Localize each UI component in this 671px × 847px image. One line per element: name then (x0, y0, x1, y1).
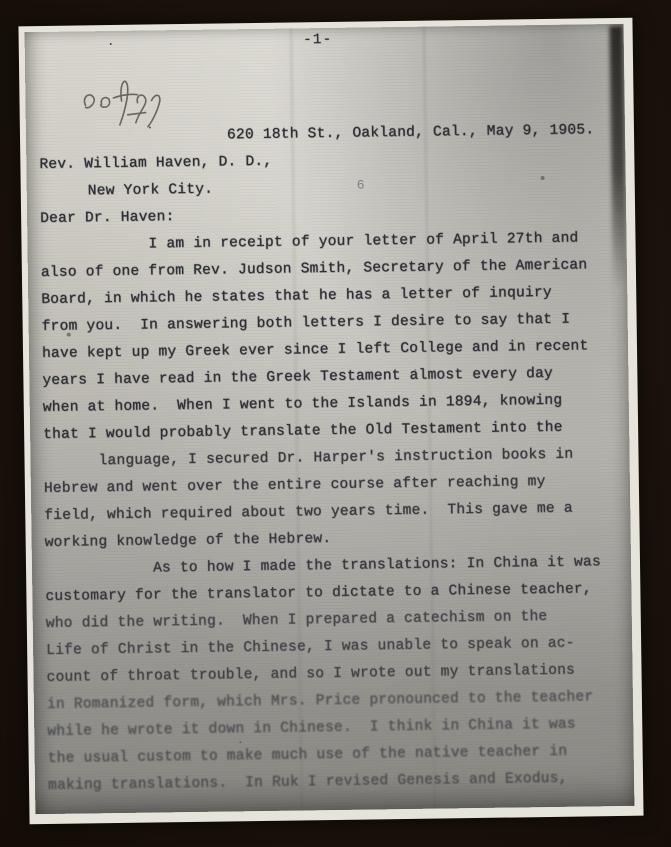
scanned-letter-photo: -1- 6 620 18th St., Oakland, Cal., May 9… (0, 0, 671, 847)
page-number: -1- (283, 32, 353, 49)
dust-specks (110, 43, 112, 45)
letter-page-surface: -1- 6 620 18th St., Oakland, Cal., May 9… (25, 24, 635, 814)
letter-text: 620 18th St., Oakland, Cal., May 9, 1905… (39, 117, 626, 800)
dateline: 620 18th St., Oakland, Cal., May 9, 1905… (227, 117, 617, 149)
letter-page: -1- 6 620 18th St., Oakland, Cal., May 9… (18, 18, 643, 824)
